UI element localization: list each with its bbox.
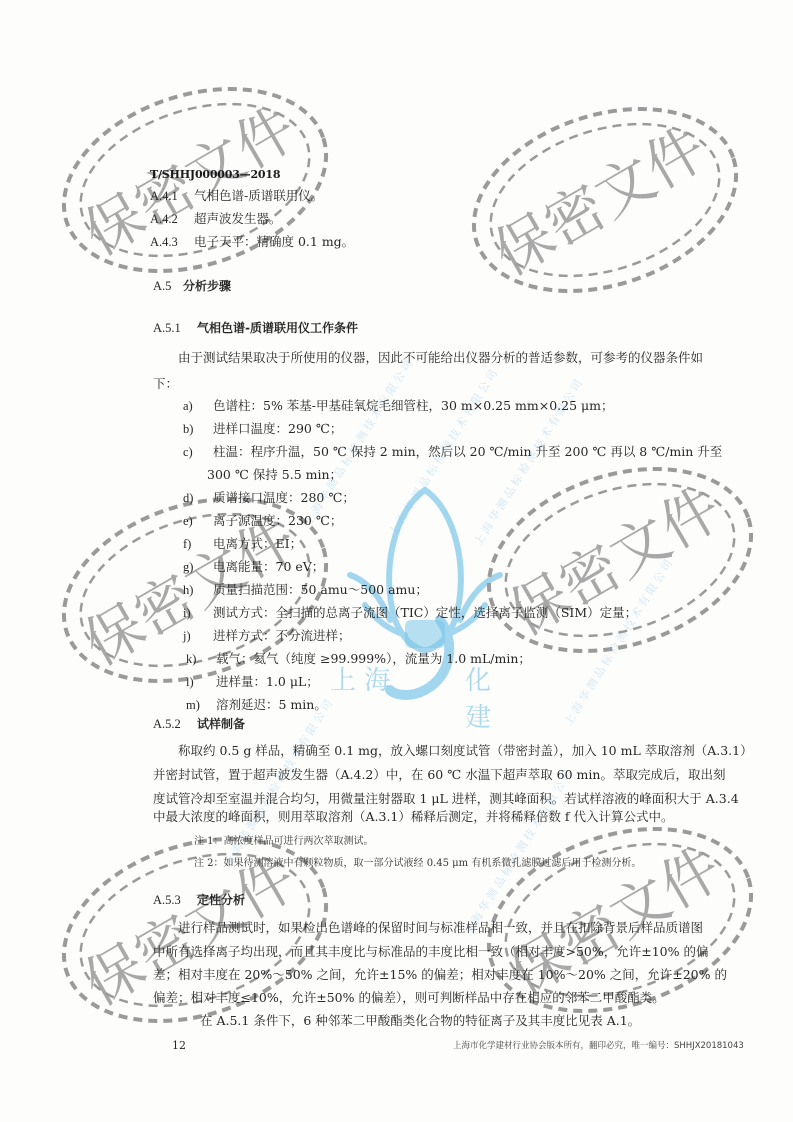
equipment-text: 电子天平：精确度 0.1 mg。 — [194, 234, 354, 249]
condition-text: 离子源温度：230 ℃； — [213, 513, 342, 528]
condition-text: 电离能量：70 eV； — [213, 559, 324, 574]
condition-text: 300 ℃ 保持 5.5 min； — [207, 467, 342, 482]
condition-label: a) — [183, 400, 213, 413]
condition-text: 进样量：1.0 μL； — [216, 674, 319, 689]
condition-label: b) — [183, 423, 213, 436]
condition-label: m) — [186, 699, 216, 712]
diagonal-watermark: 上海华测品标检测技术有限公司 — [560, 554, 677, 729]
paragraph-line: 度试管冷却至室温并混合均匀，用微量注射器取 1 μL 进样，测其峰面积。若试样溶… — [153, 793, 739, 806]
section-title: 气相色谱-质谱联用仪工作条件 — [197, 321, 358, 335]
paragraph-line: 由于测试结果取决于所使用的仪器，因此不可能给出仪器分析的普适参数，可参考的仪器条… — [178, 352, 703, 365]
svg-text:保密文件: 保密文件 — [498, 474, 733, 649]
condition-text: 进样口温度：290 ℃； — [213, 421, 342, 436]
condition-label: c) — [183, 446, 213, 459]
condition-text: 测试方式：全扫描的总离子流图（TIC）定性，选择离子监测（SIM）定量； — [213, 605, 637, 620]
condition-text: 质量扫描范围：50 amu～500 amu； — [213, 582, 428, 597]
paragraph-line: 偏差；相对丰度≤10%，允许±50% 的偏差），则可判断样品中存在相应的邻苯二甲… — [153, 992, 665, 1005]
paragraph-line: 在 A.5.1 条件下，6 种邻苯二甲酸酯类化合物的特征离子及其丰度比见表 A.… — [200, 1015, 640, 1028]
condition-text: 进样方式：不分流进样； — [213, 628, 351, 643]
svg-text:保密文件: 保密文件 — [483, 114, 718, 289]
section-title: 试样制备 — [197, 717, 245, 731]
confidential-stamp: 保密文件 — [455, 80, 755, 324]
condition-text: 质谱接口温度：280 ℃； — [213, 490, 355, 505]
condition-label: j) — [183, 630, 213, 643]
condition-item: f)电离方式：EI； — [183, 538, 302, 551]
section-number: A.5.2 — [153, 718, 197, 731]
section-title: 分析步骤 — [183, 279, 231, 293]
section-heading-a51: A.5.1气相色谱-质谱联用仪工作条件 — [153, 322, 358, 335]
condition-text: 载气：氦气（纯度 ≥99.999%），流量为 1.0 mL/min； — [216, 651, 531, 666]
condition-item: 300 ℃ 保持 5.5 min； — [207, 469, 342, 482]
condition-item: a)色谱柱：5% 苯基-甲基硅氧烷毛细管柱，30 m×0.25 mm×0.25 … — [183, 400, 614, 413]
condition-label: h) — [183, 584, 213, 597]
condition-label: k) — [186, 653, 216, 666]
paragraph-line: 差；相对丰度在 20%～50% 之间，允许±15% 的偏差；相对丰度在 10%～… — [153, 969, 727, 982]
condition-item: i)测试方式：全扫描的总离子流图（TIC）定性，选择离子监测（SIM）定量； — [183, 607, 637, 620]
document-page: 上海华测品标检测技术有限公司 上海华测品标检测技术有限公司 上海华测品标检测技术… — [0, 0, 793, 1122]
condition-item: k)载气：氦气（纯度 ≥99.999%），流量为 1.0 mL/min； — [186, 653, 531, 666]
section-number: A.5.3 — [153, 894, 197, 907]
section-number: A.5 — [153, 280, 183, 293]
condition-label: d) — [183, 492, 213, 505]
condition-label: e) — [183, 515, 213, 528]
section-heading-a5: A.5分析步骤 — [153, 280, 231, 293]
diagonal-watermark: 上海华测品标检测技术有限公司 — [460, 764, 577, 939]
condition-item: m)溶剂延迟：5 min。 — [186, 699, 327, 712]
section-heading-a52: A.5.2试样制备 — [153, 718, 245, 731]
equipment-text: 气相色谱-质谱联用仪。 — [194, 188, 323, 203]
equipment-text: 超声波发生器。 — [194, 211, 282, 226]
paragraph-line: 中最大浓度的峰面积，则用萃取溶剂（A.3.1）稀释后测定，并将稀释倍数 f 代入… — [153, 811, 673, 824]
note-1: 注 1：高浓度样品可进行两次萃取测试。 — [194, 837, 374, 847]
condition-label: i) — [183, 607, 213, 620]
condition-label: g) — [183, 561, 213, 574]
condition-item: b)进样口温度：290 ℃； — [183, 423, 342, 436]
equipment-item: A.4.3电子天平：精确度 0.1 mg。 — [150, 236, 354, 249]
condition-label: f) — [183, 538, 213, 551]
section-heading-a53: A.5.3定性分析 — [153, 894, 245, 907]
equipment-item: A.4.2超声波发生器。 — [150, 213, 282, 226]
condition-text: 电离方式：EI； — [213, 536, 302, 551]
copyright-notice: 上海市化学建材行业协会版本所有，翻印必究，唯一编号：SHHJX20181043 — [453, 1042, 744, 1051]
condition-item: j)进样方式：不分流进样； — [183, 630, 351, 643]
condition-text: 柱温：程序升温，50 ℃ 保持 2 min，然后以 20 ℃/min 升至 20… — [213, 444, 722, 459]
condition-item: d)质谱接口温度：280 ℃； — [183, 492, 355, 505]
note-2: 注 2：如果待测溶液中有颗粒物质，取一部分试液经 0.45 μm 有机系微孔滤膜… — [194, 859, 641, 869]
equipment-number: A.4.3 — [150, 236, 194, 249]
condition-item: e)离子源温度：230 ℃； — [183, 515, 342, 528]
paragraph-line: 并密封试管，置于超声波发生器（A.4.2）中，在 60 ℃ 水温下超声萃取 60… — [153, 769, 725, 782]
standard-number: T/SHHJ000003—2018 — [150, 169, 280, 180]
paragraph-line: 称取约 0.5 g 样品，精确至 0.1 mg，放入螺口刻度试管（带密封盖），加… — [178, 745, 753, 758]
condition-item: l)进样量：1.0 μL； — [186, 676, 319, 689]
page-number: 12 — [172, 1040, 186, 1051]
equipment-number: A.4.2 — [150, 213, 194, 226]
logo-text-right: 化 建 — [465, 660, 515, 734]
paragraph-line: 中所有选择离子均出现，而且其丰度比与标准品的丰度比相一致（相对丰度>50%，允许… — [153, 946, 709, 959]
condition-text: 溶剂延迟：5 min。 — [216, 697, 327, 712]
condition-item: c)柱温：程序升温，50 ℃ 保持 2 min，然后以 20 ℃/min 升至 … — [183, 446, 722, 459]
condition-item: h)质量扫描范围：50 amu～500 amu； — [183, 584, 428, 597]
section-number: A.5.1 — [153, 322, 197, 335]
condition-item: g)电离能量：70 eV； — [183, 561, 324, 574]
section-title: 定性分析 — [197, 893, 245, 907]
condition-text: 色谱柱：5% 苯基-甲基硅氧烷毛细管柱，30 m×0.25 mm×0.25 μm… — [213, 398, 614, 413]
paragraph-line: 下： — [153, 378, 178, 391]
paragraph-line: 进行样品测试时，如果检出色谱峰的保留时间与标准样品相一致，并且在扣除背景后样品质… — [178, 922, 703, 935]
condition-label: l) — [186, 676, 216, 689]
confidential-stamp: 保密文件 — [45, 60, 345, 304]
equipment-number: A.4.1 — [150, 190, 194, 203]
equipment-item: A.4.1气相色谱-质谱联用仪。 — [150, 190, 323, 203]
